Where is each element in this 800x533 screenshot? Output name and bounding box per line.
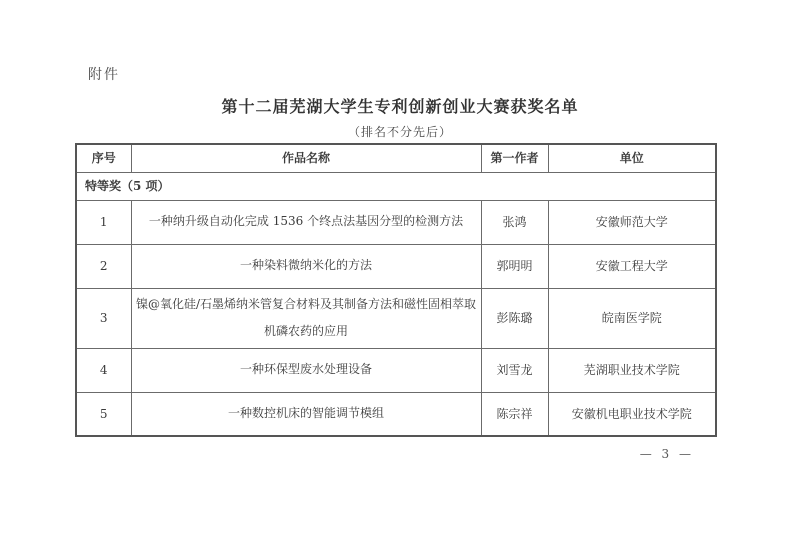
cell-no: 1 — [76, 200, 131, 244]
table-row: 1 一种纳升级自动化完成 1536 个终点法基因分型的检测方法 张鸿 安徽师范大… — [76, 200, 716, 244]
cell-author: 陈宗祥 — [481, 392, 548, 436]
table-row: 5 一种数控机床的智能调节模组 陈宗祥 安徽机电职业技术学院 — [76, 392, 716, 436]
header-cell-no: 序号 — [76, 144, 131, 172]
table-row: 3 镍@氧化硅/石墨烯纳米管复合材料及其制备方法和磁性固相萃取机磷农药的应用 彭… — [76, 288, 716, 348]
cell-no: 2 — [76, 244, 131, 288]
cell-work: 一种染料微纳米化的方法 — [131, 244, 481, 288]
cell-no: 5 — [76, 392, 131, 436]
cell-work: 一种纳升级自动化完成 1536 个终点法基因分型的检测方法 — [131, 200, 481, 244]
section-row: 特等奖（5 项） — [76, 172, 716, 200]
document-page: 附件 第十二届芜湖大学生专利创新创业大赛获奖名单 （排名不分先后） 序号 作品名… — [0, 0, 800, 533]
cell-work: 一种数控机床的智能调节模组 — [131, 392, 481, 436]
cell-unit: 皖南医学院 — [548, 288, 716, 348]
table-row: 4 一种环保型废水处理设备 刘雪龙 芜湖职业技术学院 — [76, 348, 716, 392]
attachment-label: 附件 — [88, 64, 120, 84]
cell-work: 一种环保型废水处理设备 — [131, 348, 481, 392]
page-title: 第十二届芜湖大学生专利创新创业大赛获奖名单 — [0, 94, 800, 117]
cell-unit: 安徽工程大学 — [548, 244, 716, 288]
cell-no: 4 — [76, 348, 131, 392]
cell-author: 张鸿 — [481, 200, 548, 244]
table-row: 2 一种染料微纳米化的方法 郭明明 安徽工程大学 — [76, 244, 716, 288]
header-cell-author: 第一作者 — [481, 144, 548, 172]
cell-work: 镍@氧化硅/石墨烯纳米管复合材料及其制备方法和磁性固相萃取机磷农药的应用 — [131, 288, 481, 348]
award-table: 序号 作品名称 第一作者 单位 特等奖（5 项） 1 一种纳升级自动化完成 15… — [75, 143, 717, 437]
header-cell-work: 作品名称 — [131, 144, 481, 172]
cell-unit: 安徽机电职业技术学院 — [548, 392, 716, 436]
section-label: 特等奖（5 项） — [76, 172, 716, 200]
cell-author: 彭陈璐 — [481, 288, 548, 348]
cell-no: 3 — [76, 288, 131, 348]
table-header-row: 序号 作品名称 第一作者 单位 — [76, 144, 716, 172]
page-number: — 3 — — [640, 447, 694, 461]
cell-unit: 安徽师范大学 — [548, 200, 716, 244]
cell-author: 刘雪龙 — [481, 348, 548, 392]
cell-author: 郭明明 — [481, 244, 548, 288]
cell-unit: 芜湖职业技术学院 — [548, 348, 716, 392]
page-subtitle: （排名不分先后） — [0, 123, 800, 140]
header-cell-unit: 单位 — [548, 144, 716, 172]
